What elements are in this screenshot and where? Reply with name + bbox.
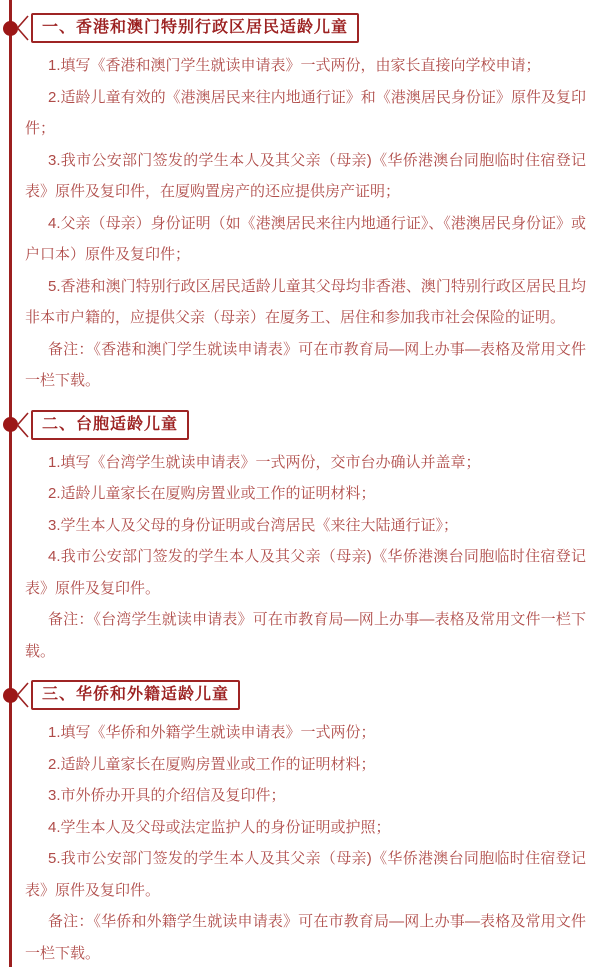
requirement-item: 4.我市公安部门签发的学生本人及其父亲（母亲)《华侨港澳台同胞临时住宿登记表》原… (25, 541, 586, 604)
section-title: 二、台胞适龄儿童 (31, 410, 189, 440)
chevron-left-icon (16, 15, 29, 41)
requirement-item: 3.市外侨办开具的介绍信及复印件； (25, 780, 586, 812)
requirement-item: 4.父亲（母亲）身份证明（如《港澳居民来往内地通行证》、《港澳居民身份证》或户口… (25, 208, 586, 271)
requirement-item: 1.填写《香港和澳门学生就读申请表》一式两份，由家长直接向学校申请； (25, 50, 586, 82)
requirement-item: 5.我市公安部门签发的学生本人及其父亲（母亲)《华侨港澳台同胞临时住宿登记表》原… (25, 843, 586, 906)
requirement-item: 4.学生本人及父母或法定监护人的身份证明或护照； (25, 812, 586, 844)
chevron-left-icon (16, 412, 29, 438)
requirement-item: 2.适龄儿童家长在厦购房置业或工作的证明材料； (25, 749, 586, 781)
document-page: 一、香港和澳门特别行政区居民适龄儿童 1.填写《香港和澳门学生就读申请表》一式两… (0, 0, 600, 967)
requirement-list: 1.填写《华侨和外籍学生就读申请表》一式两份； 2.适龄儿童家长在厦购房置业或工… (25, 717, 586, 967)
section-overseas-foreign: 三、华侨和外籍适龄儿童 1.填写《华侨和外籍学生就读申请表》一式两份； 2.适龄… (0, 680, 600, 967)
section-header: 二、台胞适龄儿童 (0, 410, 600, 440)
requirement-item: 3.我市公安部门签发的学生本人及其父亲（母亲)《华侨港澳台同胞临时住宿登记表》原… (25, 145, 586, 208)
requirement-item: 2.适龄儿童家长在厦购房置业或工作的证明材料； (25, 478, 586, 510)
section-title: 三、华侨和外籍适龄儿童 (31, 680, 240, 710)
requirement-item: 1.填写《台湾学生就读申请表》一式两份，交市台办确认并盖章； (25, 447, 586, 479)
section-header: 一、香港和澳门特别行政区居民适龄儿童 (0, 13, 600, 43)
note-item: 备注：《香港和澳门学生就读申请表》可在市教育局—网上办事—表格及常用文件一栏下载… (25, 334, 586, 397)
note-item: 备注：《台湾学生就读申请表》可在市教育局—网上办事—表格及常用文件一栏下载。 (25, 604, 586, 667)
requirement-item: 3.学生本人及父母的身份证明或台湾居民《来往大陆通行证》； (25, 510, 586, 542)
requirement-list: 1.填写《台湾学生就读申请表》一式两份，交市台办确认并盖章； 2.适龄儿童家长在… (25, 447, 586, 668)
chevron-left-icon (16, 682, 29, 708)
section-hk-macau: 一、香港和澳门特别行政区居民适龄儿童 1.填写《香港和澳门学生就读申请表》一式两… (0, 13, 600, 397)
note-item: 备注：《华侨和外籍学生就读申请表》可在市教育局—网上办事—表格及常用文件一栏下载… (25, 906, 586, 967)
requirement-item: 2.适龄儿童有效的《港澳居民来往内地通行证》和《港澳居民身份证》原件及复印件； (25, 82, 586, 145)
requirement-item: 1.填写《华侨和外籍学生就读申请表》一式两份； (25, 717, 586, 749)
requirement-item: 5.香港和澳门特别行政区居民适龄儿童其父母均非香港、澳门特别行政区居民且均非本市… (25, 271, 586, 334)
section-header: 三、华侨和外籍适龄儿童 (0, 680, 600, 710)
requirement-list: 1.填写《香港和澳门学生就读申请表》一式两份，由家长直接向学校申请； 2.适龄儿… (25, 50, 586, 397)
section-title: 一、香港和澳门特别行政区居民适龄儿童 (31, 13, 359, 43)
section-taiwan: 二、台胞适龄儿童 1.填写《台湾学生就读申请表》一式两份，交市台办确认并盖章； … (0, 410, 600, 668)
